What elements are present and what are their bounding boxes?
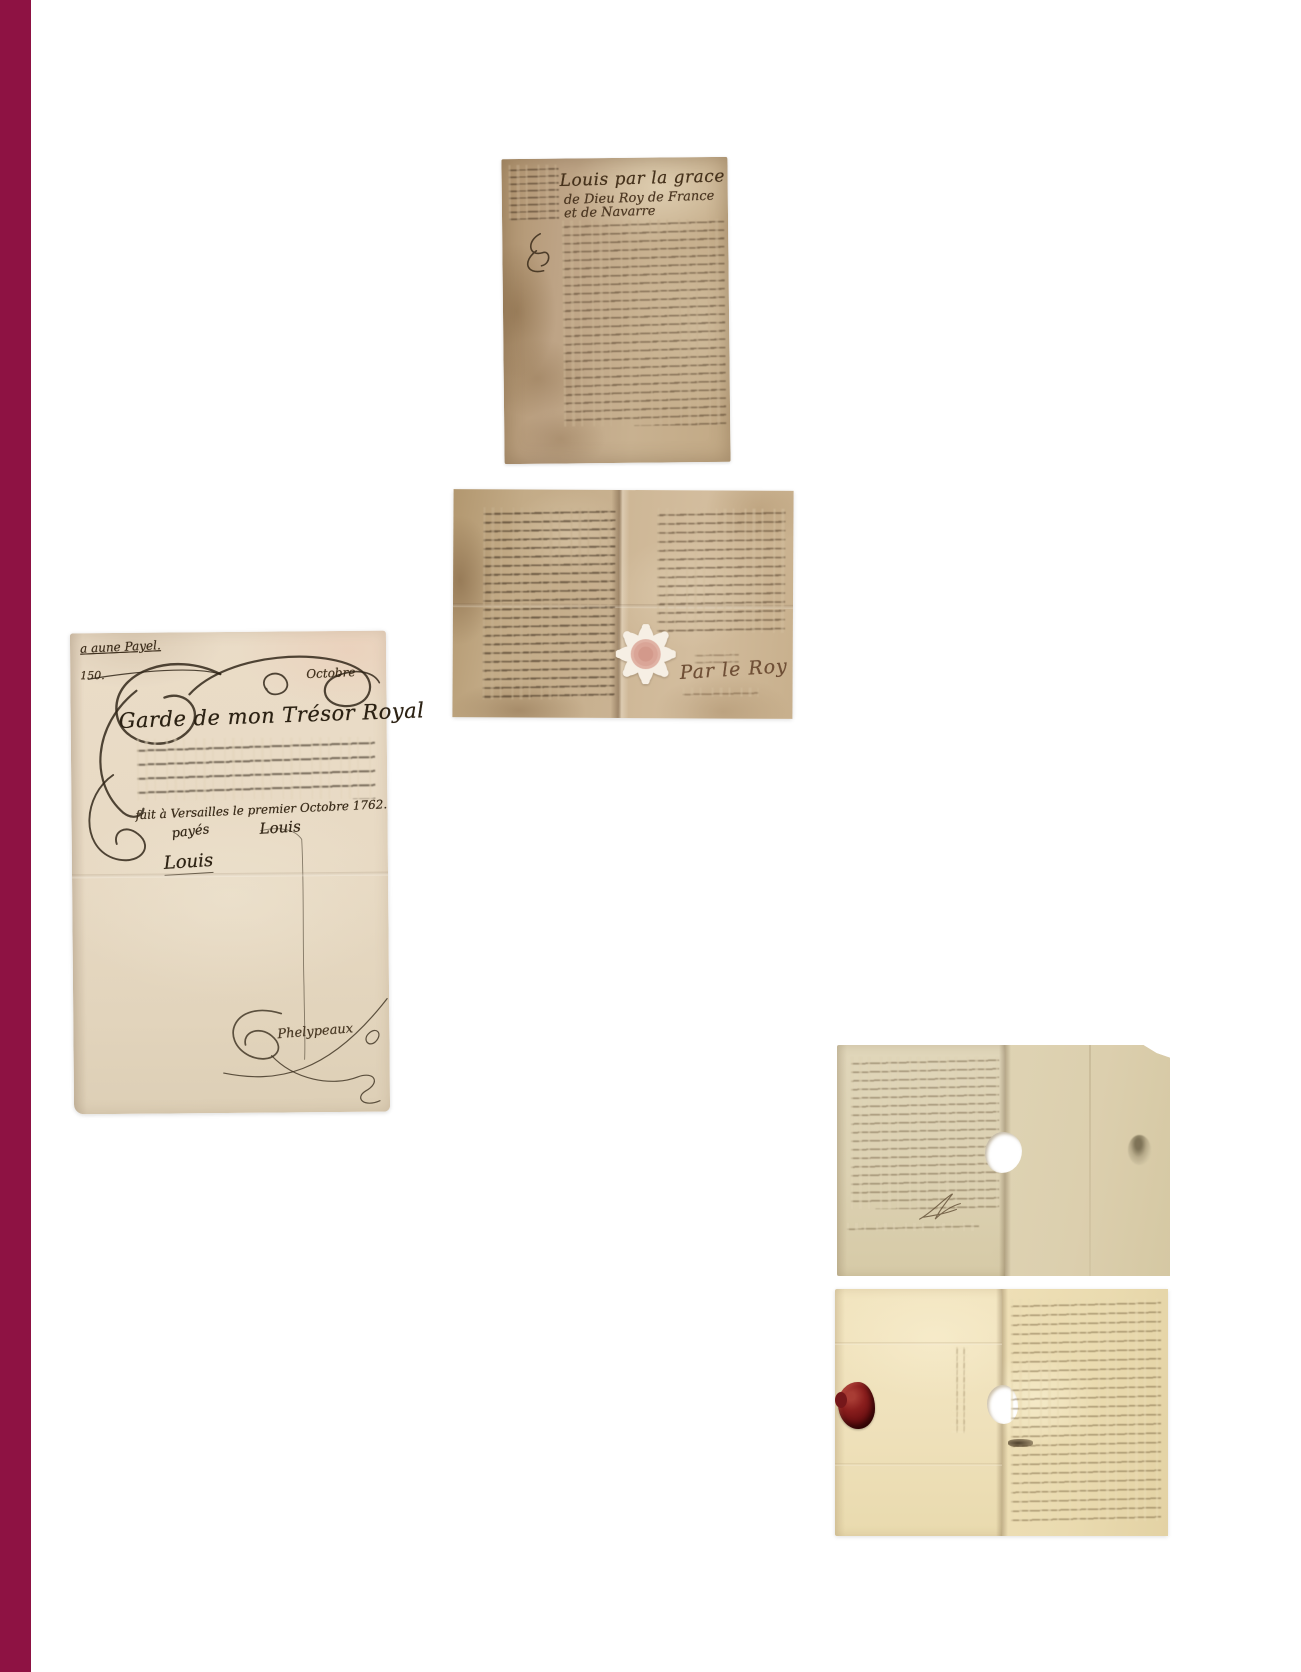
paraph-flourish-strokes: [518, 231, 555, 279]
left-accent-bar: [0, 0, 31, 1672]
letter1-signature-strokes: [915, 1190, 965, 1224]
letter1-handwriting: [851, 1057, 999, 1209]
letter2-crease-lower: [835, 1463, 1002, 1466]
manuscript-letter-folded: [837, 1045, 1170, 1276]
bifolium-left-handwriting: [482, 507, 615, 700]
bifolium-countersignature-scribble: [683, 687, 759, 696]
bifolium-right-handwriting: [657, 508, 786, 633]
paper-wafer-seal: [616, 624, 676, 684]
letter2-handwriting: [1011, 1299, 1161, 1521]
manuscript-royal-letter: Louis par la grace de Dieu Roy de France…: [501, 157, 730, 464]
manuscript-letter-wax-seal: [835, 1289, 1168, 1536]
royal-letter-heading-line1: Louis par la grace: [559, 168, 725, 190]
letter1-postscript-line: [847, 1223, 979, 1231]
letter1-vertical-crease: [1089, 1045, 1091, 1276]
royal-letter-heading-line3: et de Navarre: [564, 205, 656, 221]
royal-letter-body-handwriting: [562, 219, 726, 427]
letter1-seal-remnant-stain: [1128, 1135, 1151, 1165]
letter2-vertical-docket-writing: [952, 1347, 969, 1433]
letter2-crease-upper: [835, 1342, 1002, 1345]
catalog-page: Louis par la grace de Dieu Roy de France…: [0, 0, 1301, 1672]
wafer-seal-graphic: [616, 624, 676, 684]
royal-signature-upper: Louis: [259, 819, 301, 836]
treasury-body-handwriting: [137, 737, 376, 801]
letter1-signature-scribble: [915, 1190, 965, 1224]
manuscript-treasury-order: a aune Payel. 150. Octobre: [70, 631, 390, 1115]
red-wax-seal: [838, 1382, 875, 1429]
letter2-ink-smudge: [1008, 1439, 1033, 1447]
manuscript-bifolium-spread: Par le Roy: [452, 489, 793, 719]
paraph-flourish: [518, 231, 555, 279]
marginal-note-handwriting: [508, 165, 559, 221]
